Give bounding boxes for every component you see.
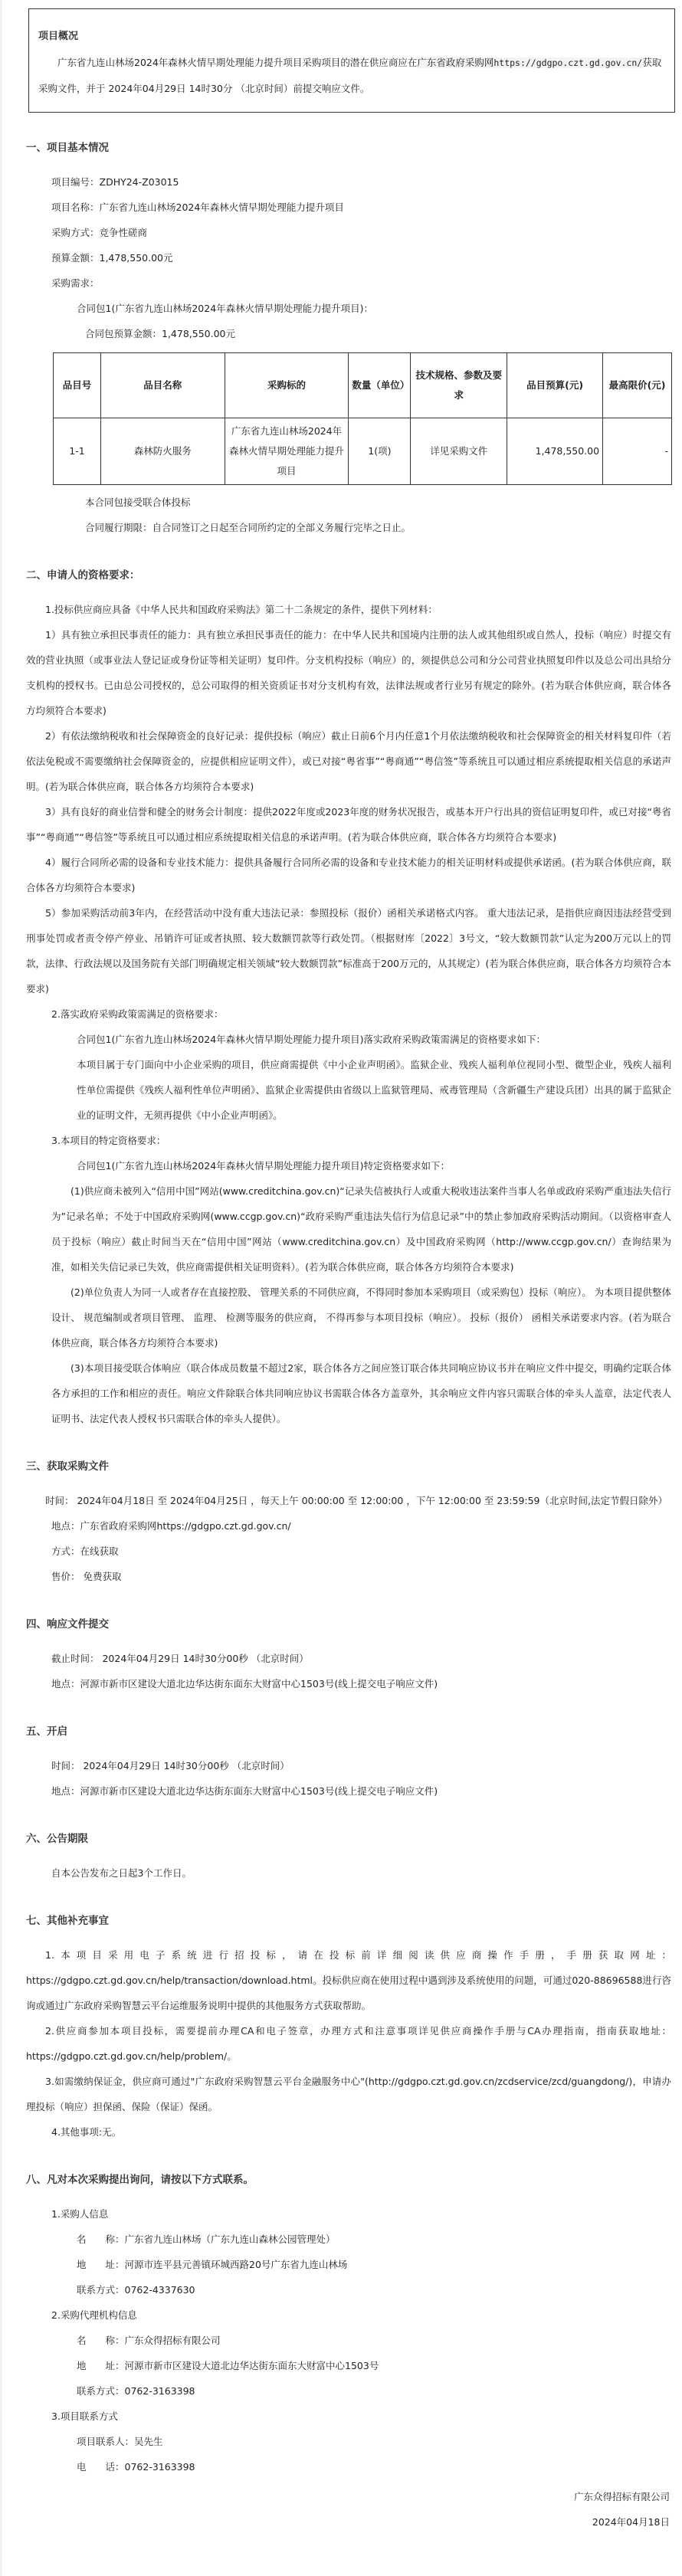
overview-box: 项目概况 广东省九连山林场2024年森林火情早期处理能力提升项目采购项目的潜在供…: [28, 8, 675, 113]
qualification-item-1-2: 2）有依法缴纳税收和社会保障资金的良好记录：提供投标（响应）截止日前6个月内任意…: [26, 723, 671, 799]
project-contact-person-value: 吴先生: [134, 2436, 163, 2447]
col-header-item-budget: 品目预算(元): [507, 353, 603, 418]
section-3-heading: 三、获取采购文件: [26, 1457, 671, 1473]
cell-max-price: -: [603, 418, 672, 485]
col-header-item-no: 品目号: [54, 353, 101, 418]
project-contact-person-label: 项目联系人：: [77, 2436, 134, 2447]
qualification-item-3-2: (2)单位负责人为同一人或者存在直接控股、 管理关系的不同供应商，不得同时参加本…: [26, 1280, 671, 1355]
opening-place: 地点：河源市新市区建设大道北边华达街东面东大财富中心1503号(线上提交电子响应…: [26, 1778, 671, 1804]
purchaser-info-title: 1.采购人信息: [26, 2201, 671, 2227]
cell-item-name: 森林防火服务: [100, 418, 225, 485]
cell-quantity: 1(项): [349, 418, 411, 485]
cell-spec: 详见采购文件: [411, 418, 507, 485]
purchaser-address-label: 地 址：: [77, 2259, 125, 2270]
procurement-method: 采购方式：竞争性磋商: [26, 220, 671, 245]
section-4-heading: 四、响应文件提交: [26, 1615, 671, 1630]
project-contact-phone: 电 话：0762-3163398: [26, 2454, 671, 2479]
procurement-demand-label: 采购需求：: [26, 270, 671, 296]
qualification-item-3-intro: 3.本项目的特定资格要求：: [26, 1128, 671, 1153]
agency-name: 名 称：广东众得招标有限公司: [26, 2328, 671, 2353]
agency-contact-value: 0762-3163398: [125, 2385, 195, 2397]
obtain-time: 时间： 2024年04月18日 至 2024年04月25日 ，每天上午 00:0…: [26, 1488, 671, 1513]
section-7-heading: 七、其他补充事宜: [26, 1912, 671, 1927]
table-row: 1-1 森林防火服务 广东省九连山林场2024年森林火情早期处理能力提升项目 1…: [54, 418, 672, 485]
supplementary-item-4: 4.其他事项:无。: [26, 2119, 671, 2145]
section-8-heading: 八、凡对本次采购提出询问，请按以下方式联系。: [26, 2171, 671, 2186]
obtain-place: 地点：广东省政府采购网https://gdgpo.czt.gd.gov.cn/: [26, 1513, 671, 1539]
overview-site-name: 广东省政府采购网: [417, 57, 493, 68]
section-6-heading: 六、公告期限: [26, 1830, 671, 1845]
purchaser-contact-value: 0762-4337630: [125, 2284, 195, 2296]
cell-subject: 广东省九连山林场2024年森林火情早期处理能力提升项目: [225, 418, 349, 485]
agency-contact: 联系方式：0762-3163398: [26, 2378, 671, 2404]
agency-name-value: 广东众得招标有限公司: [125, 2335, 221, 2346]
package-budget: 合同包预算金额：1,478,550.00元: [26, 321, 671, 346]
package-title: 合同包1(广东省九连山林场2024年森林火情早期处理能力提升项目)：: [26, 296, 671, 321]
agency-address-label: 地 址：: [77, 2360, 125, 2371]
project-contact-phone-label: 电 话：: [77, 2461, 125, 2473]
qualification-item-2-intro: 2.落实政府采购政策需满足的资格要求：: [26, 1001, 671, 1027]
signature-date: 2024年04月18日: [26, 2509, 671, 2535]
purchaser-name-label: 名 称：: [77, 2234, 125, 2245]
supplementary-item-1: 1.本项目采用电子系统进行招投标，请在投标前详细阅读供应商操作手册，手册获取网址…: [26, 1942, 671, 2018]
qualification-item-2-package: 合同包1(广东省九连山林场2024年森林火情早期处理能力提升项目)落实政府采购政…: [26, 1027, 671, 1052]
qualification-item-1-1: 1）具有独立承担民事责任的能力：具有独立承担民事责任的能力：在中华人民共和国境内…: [26, 622, 671, 723]
agency-name-label: 名 称：: [77, 2335, 125, 2346]
agency-contact-label: 联系方式：: [77, 2385, 125, 2397]
purchaser-address: 地 址：河源市连平县元善镇环城西路20号广东省九连山林场: [26, 2252, 671, 2277]
project-contact-title: 3.项目联系方式: [26, 2404, 671, 2429]
col-header-max-price: 最高限价(元): [603, 353, 672, 418]
purchaser-name-value: 广东省九连山林场（广东九连山森林公园管理处）: [125, 2234, 336, 2245]
submission-place: 地点：河源市新市区建设大道北边华达街东面东大财富中心1503号(线上提交电子响应…: [26, 1671, 671, 1696]
items-table: 品目号 品目名称 采购标的 数量（单位） 技术规格、参数及要求 品目预算(元) …: [53, 352, 672, 485]
col-header-quantity: 数量（单位）: [349, 353, 411, 418]
qualification-item-1-intro: 1.投标供应商应具备《中华人民共和国政府采购法》第二十二条规定的条件，提供下列材…: [26, 597, 671, 622]
purchaser-contact-label: 联系方式：: [77, 2284, 125, 2296]
submission-deadline: 截止时间： 2024年04月29日 14时30分00秒 （北京时间）: [26, 1646, 671, 1671]
section-5-heading: 五、开启: [26, 1722, 671, 1738]
qualification-item-1-4: 4）履行合同所必需的设备和专业技术能力：提供具备履行合同所必需的设备和专业技术能…: [26, 850, 671, 900]
qualification-item-2-text: 本项目属于专门面向中小企业采购的项目，供应商需提供《中小企业声明函》。监狱企业、…: [26, 1052, 671, 1128]
section-1-heading: 一、项目基本情况: [26, 139, 671, 154]
cell-item-budget: 1,478,550.00: [507, 418, 603, 485]
overview-site-url-2[interactable]: gdgpo.czt.gd.gov.cn/: [536, 57, 642, 68]
qualification-item-1-3: 3）具有良好的商业信誉和健全的财务会计制度：提供2022年度或2023年度的财务…: [26, 799, 671, 850]
col-header-subject: 采购标的: [225, 353, 349, 418]
project-number: 项目编号：ZDHY24-Z03015: [26, 169, 671, 195]
contract-period: 合同履行期限：自合同签订之日起至合同所约定的全部义务履行完毕之日止。: [26, 515, 671, 540]
overview-title: 项目概况: [38, 28, 667, 42]
col-header-item-name: 品目名称: [100, 353, 225, 418]
budget-amount: 预算金额：1,478,550.00元: [26, 245, 671, 270]
opening-time: 时间： 2024年04月29日 14时30分00秒 （北京时间）: [26, 1753, 671, 1778]
supplementary-item-3: 3.如需缴纳保证金，供应商可通过"广东政府采购智慧云平台金融服务中心"(http…: [26, 2069, 671, 2119]
obtain-method: 方式：在线获取: [26, 1539, 671, 1564]
agency-address-value: 河源市新市区建设大道北边华达街东面东大财富中心1503号: [125, 2360, 379, 2371]
purchaser-address-value: 河源市连平县元善镇环城西路20号广东省九连山林场: [125, 2259, 348, 2270]
cell-item-no: 1-1: [54, 418, 101, 485]
col-header-spec: 技术规格、参数及要求: [411, 353, 507, 418]
agency-info-title: 2.采购代理机构信息: [26, 2302, 671, 2328]
agency-address: 地 址：河源市新市区建设大道北边华达街东面东大财富中心1503号: [26, 2353, 671, 2378]
announcement-page: 项目概况 广东省九连山林场2024年森林火情早期处理能力提升项目采购项目的潜在供…: [2, 0, 682, 2565]
announcement-period: 自本公告发布之日起3个工作日。: [26, 1860, 671, 1886]
purchaser-name: 名 称：广东省九连山林场（广东九连山森林公园管理处）: [26, 2227, 671, 2252]
consortium-note: 本合同包接受联合体投标: [26, 490, 671, 515]
supplementary-item-2: 2.供应商参加本项目投标，需要提前办理CA和电子签章，办理方式和注意事项详见供应…: [26, 2018, 671, 2069]
project-name: 项目名称：广东省九连山林场2024年森林火情早期处理能力提升项目: [26, 195, 671, 220]
table-header-row: 品目号 品目名称 采购标的 数量（单位） 技术规格、参数及要求 品目预算(元) …: [54, 353, 672, 418]
overview-text-before: 广东省九连山林场2024年森林火情早期处理能力提升项目采购项目的潜在供应商应在: [57, 57, 417, 68]
signature-company: 广东众得招标有限公司: [26, 2484, 671, 2509]
purchaser-contact: 联系方式：0762-4337630: [26, 2277, 671, 2302]
qualification-item-1-5: 5）参加采购活动前3年内，在经营活动中没有重大违法记录：参照投标（报价）函相关承…: [26, 900, 671, 1001]
overview-site-url-1[interactable]: https://: [493, 57, 536, 68]
project-contact-phone-value: 0762-3163398: [125, 2461, 195, 2473]
section-2-heading: 二、申请人的资格要求：: [26, 566, 671, 582]
qualification-item-3-3: (3)本项目接受联合体响应（联合体成员数量不超过2家，联合体各方之间应签订联合体…: [26, 1355, 671, 1431]
qualification-item-3-package: 合同包1(广东省九连山林场2024年森林火情早期处理能力提升项目)特定资格要求如…: [26, 1153, 671, 1178]
qualification-item-3-1: (1)供应商未被列入“信用中国”网站(www.creditchina.gov.c…: [26, 1178, 671, 1280]
project-contact-person: 项目联系人：吴先生: [26, 2429, 671, 2454]
overview-text: 广东省九连山林场2024年森林火情早期处理能力提升项目采购项目的潜在供应商应在广…: [38, 50, 667, 101]
obtain-price: 售价： 免费获取: [26, 1564, 671, 1589]
